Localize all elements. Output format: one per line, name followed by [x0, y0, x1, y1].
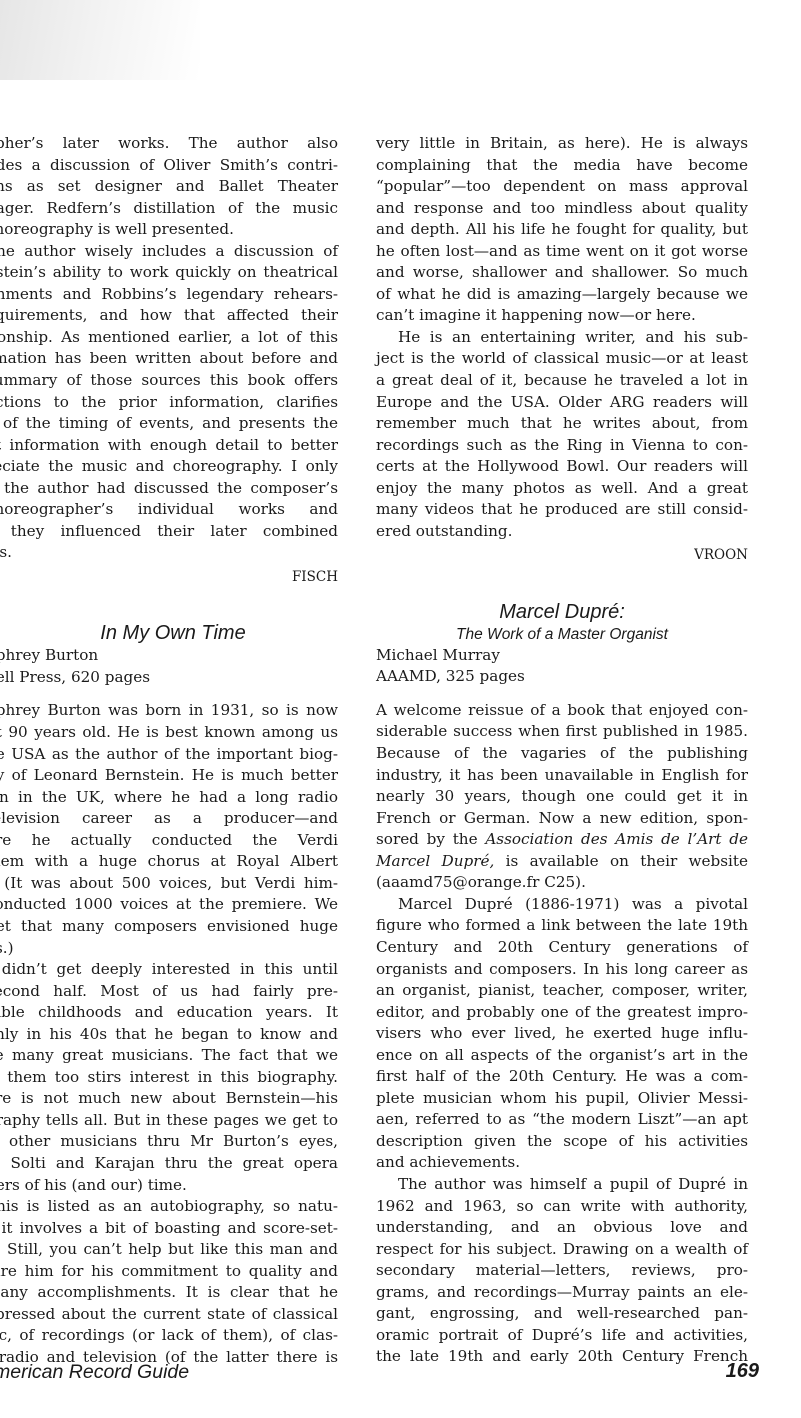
text-line: respect for his subject. Drawing on a we…	[376, 1239, 748, 1261]
text-line: sored by the Association des Amis de l’A…	[376, 829, 748, 851]
text-line: the late 19th and early 20th Century Fre…	[376, 1346, 748, 1368]
text-line: rmation has been written about before an…	[0, 348, 338, 370]
text-line: oramic portrait of Dupré’s life and acti…	[376, 1325, 748, 1347]
text-line: I didn’t get deeply interested in this u…	[0, 959, 338, 981]
text-line: can’t imagine it happening now—or here.	[376, 305, 748, 327]
text-line: editor, and probably one of the greatest…	[376, 1002, 748, 1024]
text-line: an organist, pianist, teacher, composer,…	[376, 980, 748, 1002]
text-line: nstein’s ability to work quickly on thea…	[0, 262, 338, 284]
text-line: only in his 40s that he began to know an…	[0, 1024, 338, 1046]
text-line: e of the timing of events, and presents …	[0, 413, 338, 435]
text-line: siderable success when first published i…	[376, 721, 748, 743]
text-line: Century and 20th Century generations of	[376, 937, 748, 959]
text-line: Because of the vagaries of the publishin…	[376, 743, 748, 765]
text-line: reciate the music and choreography. I on…	[0, 456, 338, 478]
text-line: epressed about the current state of clas…	[0, 1304, 338, 1326]
text-line: remember much that he writes about, from	[376, 413, 748, 435]
text-line: he often lost—and as time went on it got…	[376, 241, 748, 263]
text-line: table childhoods and education years. It	[0, 1002, 338, 1024]
text-line: and achievements.	[376, 1152, 748, 1174]
text-line: and worse, shallower and shallower. So m…	[376, 262, 748, 284]
text-line: gnments and Robbins’s legendary rehears-	[0, 284, 338, 306]
text-line: conducted 1000 voices at the premiere. W…	[0, 894, 338, 916]
text-line: rts.	[0, 542, 338, 564]
text-line: aen, referred to as “the modern Liszt”—a…	[376, 1109, 748, 1131]
text-line: visers who ever lived, he exerted huge i…	[376, 1023, 748, 1045]
text-line: choreographer’s individual works and	[0, 499, 338, 521]
text-line: summary of those sources this book offer…	[0, 370, 338, 392]
text-line: industry, it has been unavailable in Eng…	[376, 765, 748, 787]
text-line: ve many great musicians. The fact that w…	[0, 1045, 338, 1067]
text-line: udes a discussion of Oliver Smith’s cont…	[0, 155, 338, 177]
text-line: figure who formed a link between the lat…	[376, 915, 748, 937]
text-line: m Solti and Karajan thru the great opera	[0, 1153, 338, 1175]
text-line: nager. Redfern’s distillation of the mus…	[0, 198, 338, 220]
text-line: v they influenced their later combined	[0, 521, 338, 543]
text-line: Europe and the USA. Older ARG readers wi…	[376, 392, 748, 414]
book-publisher: AAAMD, 325 pages	[376, 666, 748, 688]
text-line: ut 90 years old. He is best known among …	[0, 722, 338, 744]
text-line: second half. Most of us had fairly pre-	[0, 981, 338, 1003]
book-author: Michael Murray	[376, 645, 748, 667]
text-line: recordings such as the Ring in Vienna to…	[376, 435, 748, 457]
text-line: This is listed as an autobiography, so n…	[0, 1196, 338, 1218]
text-line: ere he actually conducted the Verdi	[0, 830, 338, 852]
text-line: Marcel Dupré, is available on their webs…	[376, 851, 748, 873]
page-number: 169	[726, 1360, 759, 1383]
right-column: very little in Britain, as here). He is …	[376, 133, 748, 1368]
text-line: es.)	[0, 938, 338, 960]
text-line: He is an entertaining writer, and his su…	[376, 327, 748, 349]
publication-footer: merican Record Guide	[0, 1361, 189, 1384]
text-line: w them too stirs interest in this biogra…	[0, 1067, 338, 1089]
text-line: tionship. As mentioned earlier, a lot of…	[0, 327, 338, 349]
text-run: is available on their website	[494, 852, 748, 870]
text-run: sored by the	[376, 830, 485, 848]
reviewer-signature: FISCH	[0, 567, 338, 589]
text-line: sic, of recordings (or lack of them), of…	[0, 1325, 338, 1347]
review-vroon-tail: very little in Britain, as here). He is …	[376, 133, 748, 567]
text-line: grams, and recordings—Murray paints an e…	[376, 1282, 748, 1304]
text-line: wn in the UK, where he had a long radio	[0, 787, 338, 809]
text-line: 1962 and 1963, so can write with authori…	[376, 1196, 748, 1218]
text-line: gant, engrossing, and well-researched pa…	[376, 1303, 748, 1325]
book-subtitle: The Work of a Master Organist	[376, 624, 748, 645]
text-line: television career as a producer—and	[0, 808, 338, 830]
text-line: ered outstanding.	[376, 521, 748, 543]
text-line: (aaamd75@orange.fr C25).	[376, 872, 748, 894]
book-title: Marcel Dupré:	[376, 600, 748, 624]
text-line: ject is the world of classical music—or …	[376, 348, 748, 370]
text-line: n the author had discussed the composer’…	[0, 478, 338, 500]
text-line: “popular”—too dependent on mass approval	[376, 176, 748, 198]
text-line: nearly 30 years, though one could get it…	[376, 786, 748, 808]
book-author: nphrey Burton	[0, 645, 338, 667]
text-line: a great deal of it, because he traveled …	[376, 370, 748, 392]
association-name-cont: Marcel Dupré,	[376, 852, 494, 870]
text-line: A welcome reissue of a book that enjoyed…	[376, 700, 748, 722]
text-line: hy of Leonard Bernstein. He is much bett…	[0, 765, 338, 787]
text-line: w other musicians thru Mr Burton’s eyes,	[0, 1131, 338, 1153]
text-line: apher’s later works. The author also	[0, 133, 338, 155]
text-line: g. Still, you can’t help but like this m…	[0, 1239, 338, 1261]
text-line: uiem with a huge chorus at Royal Albert	[0, 851, 338, 873]
text-line: graphy tells all. But in these pages we …	[0, 1110, 338, 1132]
text-line: nire him for his commitment to quality a…	[0, 1261, 338, 1283]
association-name: Association des Amis de l’Art de	[485, 830, 748, 848]
text-line: and response and too mindless about qual…	[376, 198, 748, 220]
text-line: he USA as the author of the important bi…	[0, 744, 338, 766]
text-line: organists and composers. In his long car…	[376, 959, 748, 981]
text-line: ere is not much new about Bernstein—his	[0, 1088, 338, 1110]
text-line: many accomplishments. It is clear that h…	[0, 1282, 338, 1304]
text-line: nphrey Burton was born in 1931, so is no…	[0, 700, 338, 722]
text-line: y it involves a bit of boasting and scor…	[0, 1218, 338, 1240]
left-column: apher’s later works. The author also ude…	[0, 133, 338, 1368]
text-line: l. (It was about 500 voices, but Verdi h…	[0, 873, 338, 895]
text-line: certs at the Hollywood Bowl. Our readers…	[376, 456, 748, 478]
text-line: get that many composers envisioned huge	[0, 916, 338, 938]
review-marcel-dupre: Marcel Dupré: The Work of a Master Organ…	[376, 600, 748, 1368]
text-line: first half of the 20th Century. He was a…	[376, 1066, 748, 1088]
text-line: French or German. Now a new edition, spo…	[376, 808, 748, 830]
text-line: secondary material—letters, reviews, pro…	[376, 1260, 748, 1282]
text-line: description given the scope of his activ…	[376, 1131, 748, 1153]
text-line: and depth. All his life he fought for qu…	[376, 219, 748, 241]
text-line: ons as set designer and Ballet Theater	[0, 176, 338, 198]
text-line: understanding, and an obvious love and	[376, 1217, 748, 1239]
reviewer-signature: VROON	[376, 545, 748, 567]
text-line: ections to the prior information, clarif…	[0, 392, 338, 414]
text-line: very little in Britain, as here). He is …	[376, 133, 748, 155]
text-line: The author was himself a pupil of Dupré …	[376, 1174, 748, 1196]
text-line: et information with enough detail to bet…	[0, 435, 338, 457]
text-line: ence on all aspects of the organist’s ar…	[376, 1045, 748, 1067]
book-publisher: dell Press, 620 pages	[0, 667, 338, 689]
text-line: choreography is well presented.	[0, 219, 338, 241]
text-line: enjoy the many photos as well. And a gre…	[376, 478, 748, 500]
text-line: complaining that the media have become	[376, 155, 748, 177]
text-line: of what he did is amazing—largely becaus…	[376, 284, 748, 306]
text-line: gers of his (and our) time.	[0, 1175, 338, 1197]
text-line: The author wisely includes a discussion …	[0, 241, 338, 263]
scan-shadow	[0, 0, 200, 80]
book-title: In My Own Time	[0, 621, 338, 645]
review-fisch-tail: apher’s later works. The author also ude…	[0, 133, 338, 588]
text-line: many videos that he produced are still c…	[376, 499, 748, 521]
review-in-my-own-time: In My Own Time nphrey Burton dell Press,…	[0, 621, 338, 1368]
text-line: equirements, and how that affected their	[0, 305, 338, 327]
text-line: Marcel Dupré (1886-1971) was a pivotal	[376, 894, 748, 916]
text-line: plete musician whom his pupil, Olivier M…	[376, 1088, 748, 1110]
